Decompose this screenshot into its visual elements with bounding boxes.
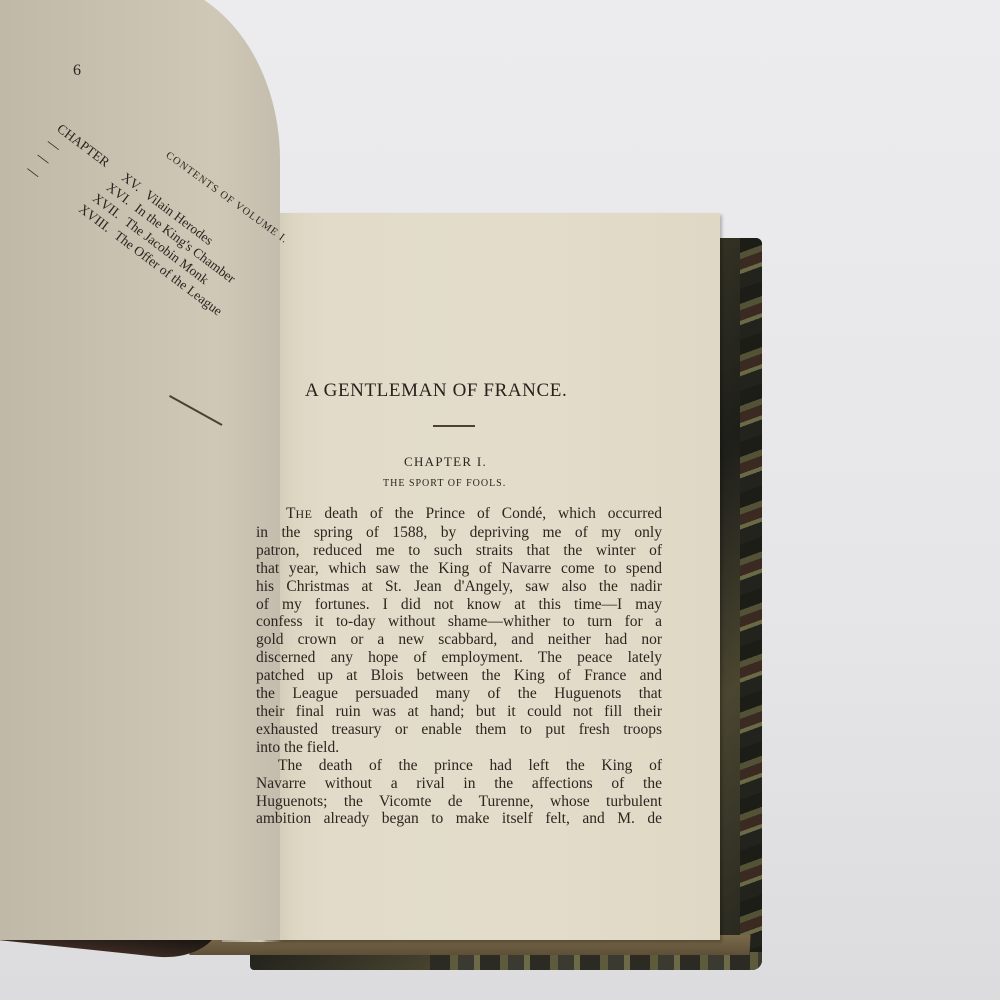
text-line: his Christmas at St. Jean d'Angely, saw … — [256, 578, 662, 596]
title-rule — [433, 425, 475, 427]
text-line: THE death of the Prince of Condé, which … — [256, 505, 662, 524]
marbled-cover-edge — [740, 238, 762, 970]
chapter-title: THE SPORT OF FOOLS. — [383, 478, 506, 489]
text-line: their final ruin was at hand; but it cou… — [256, 703, 662, 721]
text-line: ambition already began to make itself fe… — [256, 810, 662, 828]
text-line: discerned any hope of employment. The pe… — [256, 649, 662, 667]
text-line: The death of the prince had left the Kin… — [256, 757, 662, 775]
small-caps-rest: HE — [295, 507, 312, 521]
text-line: confess it to-day without shame—whither … — [256, 613, 662, 631]
text-line: exhausted treasury or enable them to put… — [256, 721, 662, 739]
text-line: Huguenots; the Vicomte de Turenne, whose… — [256, 793, 662, 811]
body-text: THE death of the Prince of Condé, which … — [256, 505, 662, 828]
text-line: of my fortunes. I did not know at this t… — [256, 596, 662, 614]
text-line: into the field. — [256, 739, 662, 757]
text-line: Navarre without a rival in the affection… — [256, 775, 662, 793]
text-line: that year, which saw the King of Navarre… — [256, 560, 662, 578]
text-line: patron, reduced me to such straits that … — [256, 542, 662, 560]
page-number: 6 — [73, 62, 81, 80]
text-line: patched up at Blois between the King of … — [256, 667, 662, 685]
chapter-heading: CHAPTER I. — [404, 454, 487, 470]
left-page — [0, 0, 280, 940]
book-title: A GENTLEMAN OF FRANCE. — [305, 380, 615, 402]
line-text: death of the Prince of Condé, which occu… — [312, 505, 662, 522]
text-line: gold crown or a new scabbard, and neithe… — [256, 631, 662, 649]
text-line: the League persuaded many of the Hugueno… — [256, 685, 662, 703]
text-line: in the spring of 1588, by depriving me o… — [256, 524, 662, 542]
